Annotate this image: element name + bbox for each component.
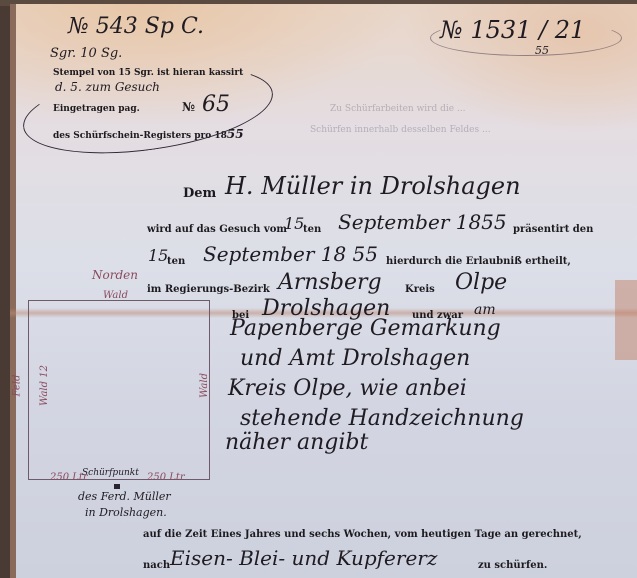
sketch-owner-line-2: in Drolshagen. — [85, 506, 167, 519]
reference-left: № 543 Sp C. — [68, 14, 204, 39]
sketch-plan-rectangle — [28, 300, 210, 480]
body-district: Arnsberg — [278, 270, 382, 295]
body-line2-b: ten — [303, 224, 321, 235]
sketch-owner-line-1: des Ferd. Müller — [78, 490, 171, 503]
hand-block-line-5: näher angibt — [225, 430, 368, 455]
sketch-left-outer-label: Feld — [11, 375, 22, 397]
flourish-oval-right — [430, 20, 622, 56]
body-line4-a: im Regierungs-Bezirk — [147, 284, 270, 295]
body-line2-c: präsentirt den — [513, 224, 593, 235]
edge-stain — [615, 280, 637, 360]
hand-block-line-1: Papenberge Gemarkung — [230, 316, 501, 341]
sketch-bottom-mid: Schürfpunkt — [82, 468, 139, 478]
body-recipient: H. Müller in Drolshagen — [225, 172, 521, 200]
body-dem: Dem — [183, 186, 216, 201]
sketch-right-label: Wald — [199, 373, 210, 398]
body-time-line: auf die Zeit Eines Jahres und sechs Woch… — [143, 529, 582, 540]
body-last-b: zu schürfen. — [478, 560, 547, 571]
fee-note: Sgr. 10 Sg. — [50, 46, 122, 61]
body-line4-b: Kreis — [405, 284, 435, 295]
body-presented-month: September 18 55 — [203, 242, 378, 266]
body-petition-day: 15 — [284, 214, 304, 233]
hand-block-line-2: und Amt Drolshagen — [240, 346, 470, 371]
body-minerals: Eisen- Blei- und Kupfererz — [170, 546, 437, 570]
body-last-a: nach — [143, 560, 170, 571]
sketch-bottom-right: 250 Ltr — [147, 472, 185, 483]
sketch-north-label: Norden — [92, 268, 138, 282]
body-kreis: Olpe — [455, 270, 507, 295]
faded-line-2: Schürfen innerhalb desselben Feldes ... — [310, 125, 491, 135]
body-line3-b: hierdurch die Erlaubniß ertheilt, — [386, 256, 571, 267]
body-line2-a: wird auf das Gesuch vom — [147, 224, 287, 235]
sketch-left-inner-label: Wald 12 — [39, 365, 50, 406]
shaft-marker-icon — [114, 484, 120, 489]
body-petition-month: September 1855 — [338, 210, 507, 234]
faded-line-1: Zu Schürfarbeiten wird die ... — [330, 104, 466, 114]
body-line3-a: ten — [167, 256, 185, 267]
hand-block-line-4: stehende Handzeichnung — [240, 406, 524, 431]
body-presented-day: 15 — [148, 246, 168, 265]
hand-block-line-3: Kreis Olpe, wie anbei — [228, 376, 467, 401]
